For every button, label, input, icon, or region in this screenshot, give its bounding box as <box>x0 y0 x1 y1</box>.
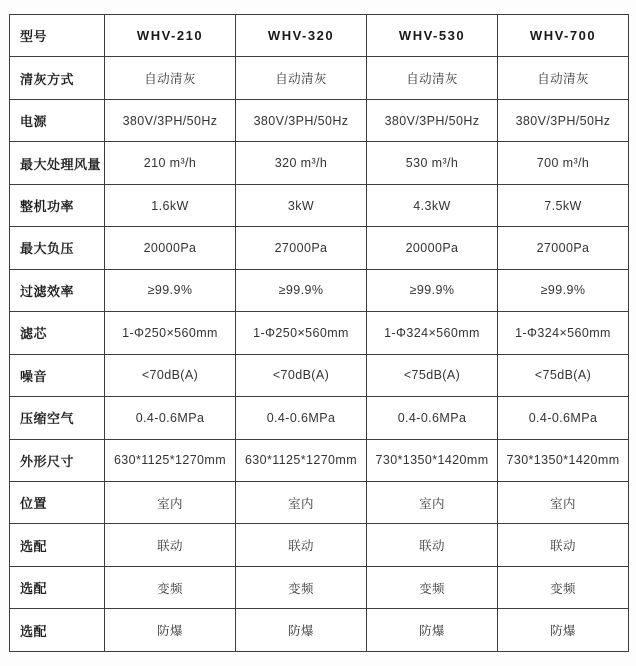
value-cell: 380V/3PH/50Hz <box>498 99 629 141</box>
value-cell: 防爆 <box>236 609 367 652</box>
row-label: 清灰方式 <box>10 57 105 99</box>
value-cell: <75dB(A) <box>367 354 498 396</box>
row-label: 最大处理风量 <box>10 142 105 184</box>
spec-table: 型号WHV-210WHV-320WHV-530WHV-700清灰方式自动清灰自动… <box>9 14 629 652</box>
row-label: 滤芯 <box>10 312 105 354</box>
row-label: 位置 <box>10 481 105 523</box>
row-label: 外形尺寸 <box>10 439 105 481</box>
row-label: 选配 <box>10 609 105 652</box>
value-cell: 27000Pa <box>236 227 367 269</box>
row-label: 选配 <box>10 524 105 566</box>
value-cell: 0.4-0.6MPa <box>105 397 236 439</box>
value-cell: 630*1125*1270mm <box>236 439 367 481</box>
spec-row: 清灰方式自动清灰自动清灰自动清灰自动清灰 <box>10 57 629 99</box>
value-cell: 0.4-0.6MPa <box>367 397 498 439</box>
spec-row: 最大处理风量210 m³/h320 m³/h530 m³/h700 m³/h <box>10 142 629 184</box>
spec-table-body: 型号WHV-210WHV-320WHV-530WHV-700清灰方式自动清灰自动… <box>10 15 629 652</box>
value-cell: 630*1125*1270mm <box>105 439 236 481</box>
spec-row: 选配联动联动联动联动 <box>10 524 629 566</box>
value-cell: <75dB(A) <box>498 354 629 396</box>
value-cell: 380V/3PH/50Hz <box>367 99 498 141</box>
value-cell: 210 m³/h <box>105 142 236 184</box>
value-cell: 自动清灰 <box>105 57 236 99</box>
value-cell: 7.5kW <box>498 184 629 226</box>
row-label: 压缩空气 <box>10 397 105 439</box>
value-cell: ≥99.9% <box>105 269 236 311</box>
value-cell: 1-Φ324×560mm <box>367 312 498 354</box>
spec-row: 选配防爆防爆防爆防爆 <box>10 609 629 652</box>
value-cell: 700 m³/h <box>498 142 629 184</box>
header-label: 型号 <box>10 15 105 57</box>
value-cell: <70dB(A) <box>236 354 367 396</box>
spec-row: 噪音<70dB(A)<70dB(A)<75dB(A)<75dB(A) <box>10 354 629 396</box>
value-cell: 730*1350*1420mm <box>498 439 629 481</box>
row-label: 选配 <box>10 566 105 608</box>
value-cell: 室内 <box>105 481 236 523</box>
value-cell: <70dB(A) <box>105 354 236 396</box>
value-cell: 1-Φ250×560mm <box>105 312 236 354</box>
value-cell: 1.6kW <box>105 184 236 226</box>
value-cell: 380V/3PH/50Hz <box>236 99 367 141</box>
spec-row: 电源380V/3PH/50Hz380V/3PH/50Hz380V/3PH/50H… <box>10 99 629 141</box>
spec-row: 选配变频变频变频变频 <box>10 566 629 608</box>
value-cell: 1-Φ324×560mm <box>498 312 629 354</box>
row-label: 噪音 <box>10 354 105 396</box>
value-cell: 20000Pa <box>367 227 498 269</box>
spec-row: 整机功率1.6kW3kW4.3kW7.5kW <box>10 184 629 226</box>
value-cell: 自动清灰 <box>236 57 367 99</box>
value-cell: 0.4-0.6MPa <box>498 397 629 439</box>
value-cell: 1-Φ250×560mm <box>236 312 367 354</box>
value-cell: 380V/3PH/50Hz <box>105 99 236 141</box>
spec-row: 滤芯1-Φ250×560mm1-Φ250×560mm1-Φ324×560mm1-… <box>10 312 629 354</box>
model-header: WHV-700 <box>498 15 629 57</box>
value-cell: 20000Pa <box>105 227 236 269</box>
spec-row: 位置室内室内室内室内 <box>10 481 629 523</box>
value-cell: 730*1350*1420mm <box>367 439 498 481</box>
value-cell: 自动清灰 <box>498 57 629 99</box>
spec-row: 最大负压20000Pa27000Pa20000Pa27000Pa <box>10 227 629 269</box>
value-cell: 0.4-0.6MPa <box>236 397 367 439</box>
spec-row: 压缩空气0.4-0.6MPa0.4-0.6MPa0.4-0.6MPa0.4-0.… <box>10 397 629 439</box>
value-cell: 室内 <box>236 481 367 523</box>
header-row: 型号WHV-210WHV-320WHV-530WHV-700 <box>10 15 629 57</box>
model-header: WHV-320 <box>236 15 367 57</box>
value-cell: 室内 <box>367 481 498 523</box>
model-header: WHV-530 <box>367 15 498 57</box>
value-cell: 防爆 <box>105 609 236 652</box>
value-cell: 自动清灰 <box>367 57 498 99</box>
value-cell: 联动 <box>236 524 367 566</box>
row-label: 整机功率 <box>10 184 105 226</box>
value-cell: 联动 <box>105 524 236 566</box>
value-cell: 变频 <box>105 566 236 608</box>
value-cell: 530 m³/h <box>367 142 498 184</box>
value-cell: ≥99.9% <box>236 269 367 311</box>
value-cell: 变频 <box>367 566 498 608</box>
spec-row: 外形尺寸630*1125*1270mm630*1125*1270mm730*13… <box>10 439 629 481</box>
value-cell: 室内 <box>498 481 629 523</box>
row-label: 最大负压 <box>10 227 105 269</box>
value-cell: ≥99.9% <box>367 269 498 311</box>
model-header: WHV-210 <box>105 15 236 57</box>
value-cell: 防爆 <box>367 609 498 652</box>
spec-row: 过滤效率≥99.9%≥99.9%≥99.9%≥99.9% <box>10 269 629 311</box>
row-label: 电源 <box>10 99 105 141</box>
value-cell: 3kW <box>236 184 367 226</box>
value-cell: 联动 <box>367 524 498 566</box>
value-cell: 变频 <box>498 566 629 608</box>
value-cell: 变频 <box>236 566 367 608</box>
value-cell: 防爆 <box>498 609 629 652</box>
row-label: 过滤效率 <box>10 269 105 311</box>
value-cell: 4.3kW <box>367 184 498 226</box>
value-cell: 27000Pa <box>498 227 629 269</box>
value-cell: 320 m³/h <box>236 142 367 184</box>
value-cell: ≥99.9% <box>498 269 629 311</box>
value-cell: 联动 <box>498 524 629 566</box>
spec-table-container: 型号WHV-210WHV-320WHV-530WHV-700清灰方式自动清灰自动… <box>9 14 629 652</box>
